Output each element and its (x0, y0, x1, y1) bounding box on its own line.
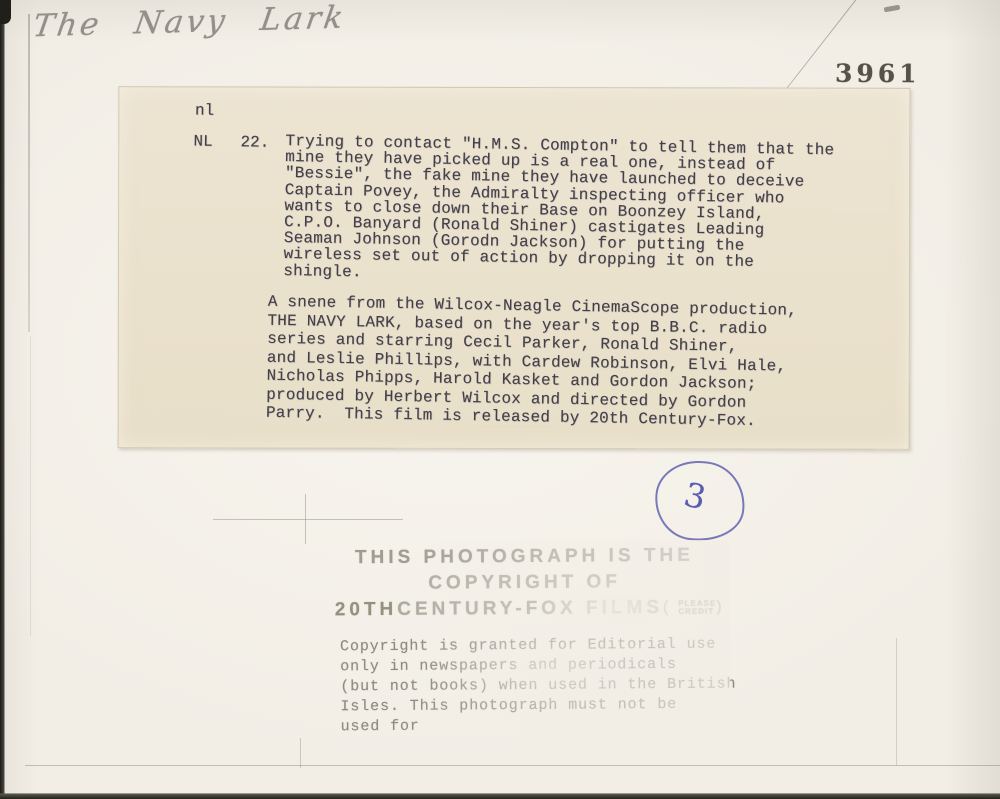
stamp-line-3-prefix: 20TH (335, 599, 398, 621)
stamp-body-text: Copyright is granted for Editorial use o… (340, 635, 716, 738)
page-marker-circle: 3 (650, 456, 749, 546)
pencil-mark-horizontal (213, 519, 403, 520)
caption-series-code: NL (193, 132, 213, 150)
credit-note-line-2: CREDIT (678, 608, 716, 616)
stamp-line-3: 20TH CENTURY-FOX FILMS ( PLEASE CREDIT ) (335, 597, 715, 622)
crease-line-right (896, 638, 897, 765)
handwritten-title: The Navy Lark (31, 0, 349, 44)
pencil-mark-vertical (305, 494, 306, 544)
page-marker-number: 3 (680, 475, 709, 518)
crease-line-left-faint (30, 336, 31, 636)
caption-photo-number: 22. (240, 133, 269, 151)
stamp-line-3-rest: CENTURY-FOX FILMS (397, 597, 663, 621)
crease-line-bottom (25, 765, 1000, 766)
caption-paragraph-2: A snene from the Wilcox-Neagle CinemaSco… (266, 293, 797, 431)
photo-edge-left (0, 0, 5, 799)
crease-line-left (28, 14, 30, 332)
caption-label: nl NL 22. Trying to contact "H.M.S. Comp… (118, 86, 911, 450)
caption-text-block: nl NL 22. Trying to contact "H.M.S. Comp… (113, 87, 909, 460)
stamp-line-2: COPYRIGHT OF (335, 571, 715, 596)
crease-tick-bottom (300, 738, 301, 768)
photo-edge-bottom (0, 793, 1000, 799)
credit-note: PLEASE CREDIT (678, 600, 716, 616)
serial-number-stamp: 3961 (835, 59, 921, 89)
copyright-stamp: THIS PHOTOGRAPH IS THE COPYRIGHT OF 20TH… (334, 545, 715, 738)
photo-back-scan: The Navy Lark 3961 nl NL 22. Trying to c… (0, 0, 1000, 799)
stamp-line-1: THIS PHOTOGRAPH IS THE (334, 545, 714, 570)
photo-corner-dark (0, 0, 11, 24)
credit-paren-close: ) (716, 599, 725, 617)
top-right-mark (884, 5, 901, 13)
credit-paren-open: ( (663, 599, 672, 617)
caption-paragraph-1: Trying to contact "H.M.S. Compton" to te… (283, 133, 834, 288)
caption-slug: nl (195, 101, 215, 119)
